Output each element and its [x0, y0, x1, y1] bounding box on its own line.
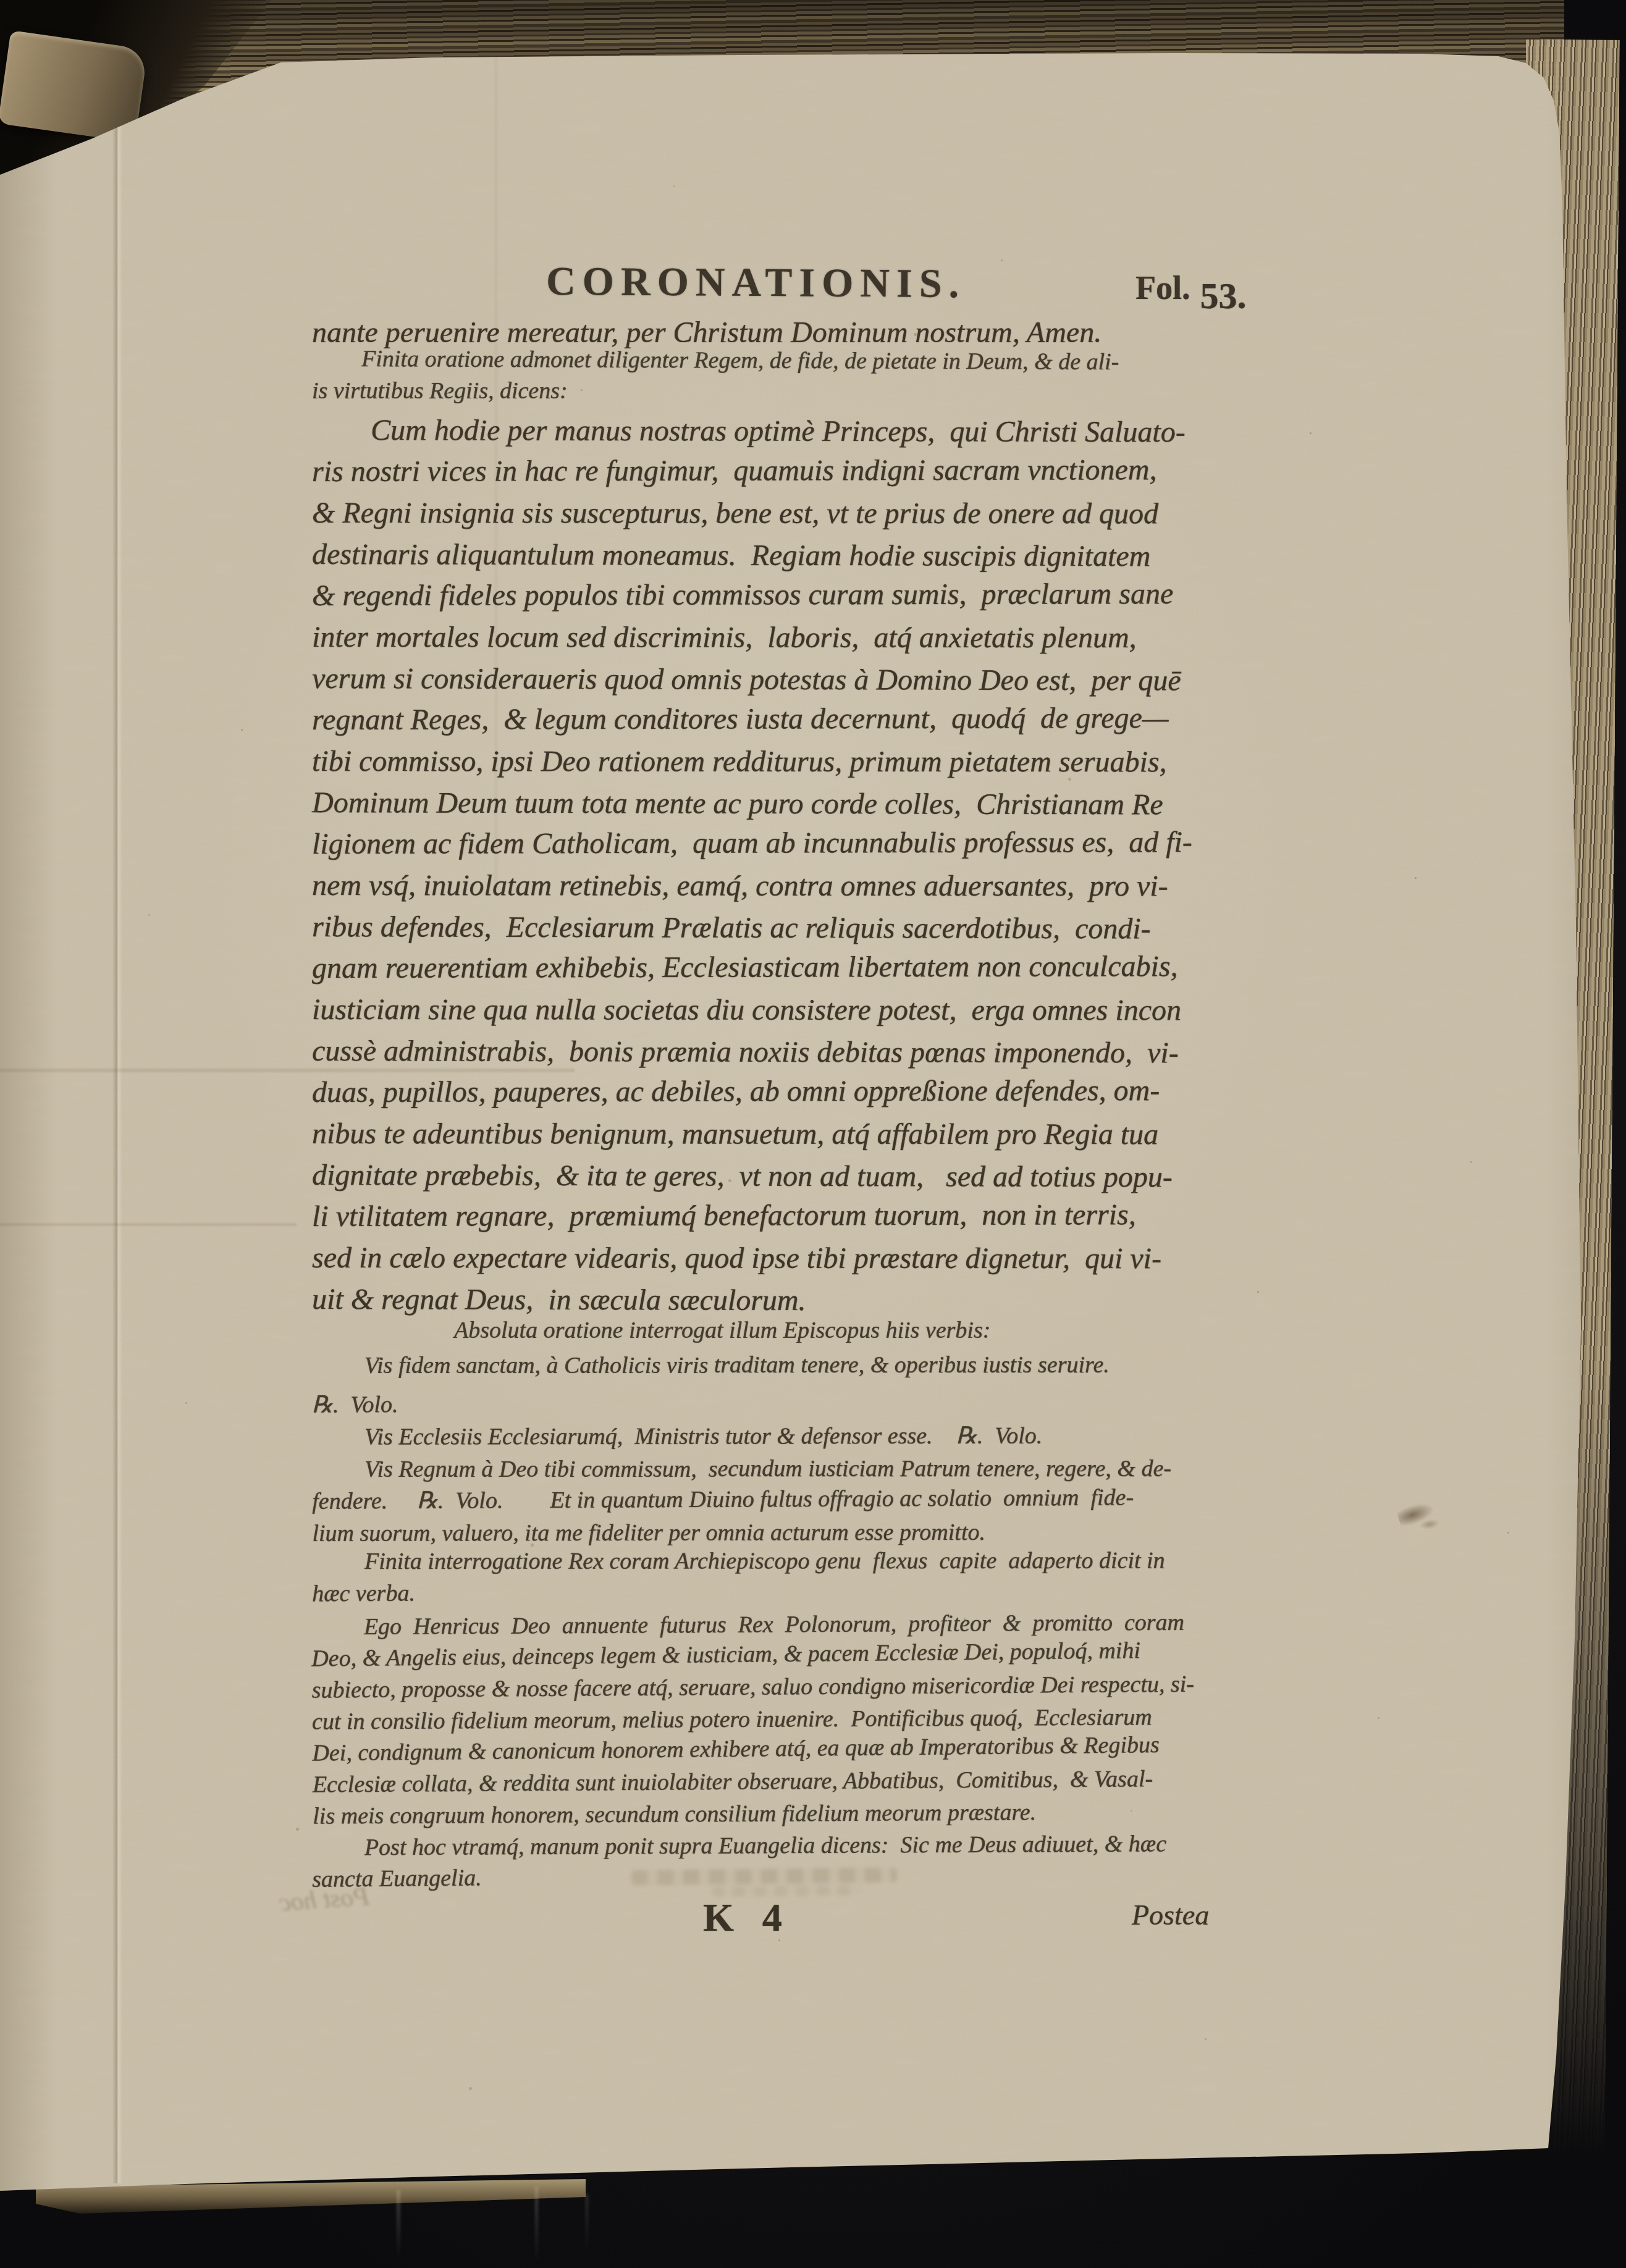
text-line: & regendi fideles populos tibi commissos… [312, 573, 1192, 616]
admonition-paragraph: Cum hodie per manus nostras optimè Princ… [312, 409, 1192, 1320]
page-crease-vertical [112, 59, 122, 2183]
text-line: ris nostri vices in hac re fungimur, qua… [312, 449, 1192, 492]
text-line: & Regni insignia sis suscepturus, bene e… [312, 492, 1192, 534]
text-line: Finita interrogatione Rex coram Archiepi… [364, 1545, 1165, 1577]
text-line: iusticiam sine qua nulla societas diu co… [312, 989, 1192, 1031]
background-streak [397, 2190, 400, 2259]
page-crease-horizontal [0, 1222, 297, 1227]
text-line: regnant Reges, & legum conditores iusta … [312, 697, 1192, 741]
rubric-post-hoc: Post hoc vtramq́, manum ponit supra Euan… [312, 1826, 1167, 1896]
text-line: Absoluta oratione interrogat illum Episc… [454, 1314, 990, 1346]
text-line: Finita oratione admonet diligenter Regem… [361, 343, 1119, 378]
text-line: subiecto, proposse & nosse facere atq́, … [311, 1669, 1194, 1707]
text-line: Cum hodie per manus nostras optimè Princ… [371, 409, 1192, 453]
text-line: fendere. ℞. Volo. Et in quantum Diuino f… [312, 1481, 1171, 1518]
show-through-text-smear [712, 1886, 860, 1897]
rubric-absoluta-oratione: Absoluta oratione interrogat illum Episc… [312, 1314, 990, 1346]
rubric-finita-interrogatione: Finita interrogatione Rex coram Archiepi… [312, 1543, 1165, 1610]
background-streak [535, 2186, 538, 2264]
signature-mark: K 4 [703, 1895, 782, 1941]
text-line: nibus te adeuntibus benignum, mansuetum,… [312, 1113, 1192, 1155]
scanned-book-photo: CORONATIONIS. Fol.53. nante peruenire me… [0, 0, 1626, 2268]
text-line: Ecclesiæ collata, & reddita sunt inuiola… [313, 1763, 1195, 1801]
text-line: cussè administrabis, bonis præmia noxiis… [312, 1030, 1192, 1073]
text-line: ℞. Volo. [312, 1385, 1171, 1421]
text-line: li vtilitatem regnare, præmiumq́ benefac… [312, 1194, 1192, 1237]
folio-number: Fol.53. [1135, 266, 1247, 308]
text-line: sed in cælo expectare videaris, quod ips… [312, 1237, 1192, 1279]
text-line: Vis fidem sanctam, à Catholicis viris tr… [364, 1349, 1171, 1381]
text-line: Dominum Deum tuum tota mente ac puro cor… [312, 782, 1192, 825]
text-line: Vis Regnum à Deo tibi commissum, secundu… [364, 1453, 1171, 1485]
interrogation-dialogue: Vis fidem sanctam, à Catholicis viris tr… [312, 1347, 1172, 1550]
background-streak [586, 2194, 588, 2253]
text-line: ribus defendes, Ecclesiarum Prælatis ac … [312, 906, 1192, 949]
catchword: Postea [1132, 1899, 1209, 1931]
running-title: CORONATIONIS. [546, 258, 966, 308]
folio-label: Fol. [1135, 269, 1190, 306]
text-line: duas, pupillos, pauperes, ac debiles, ab… [312, 1070, 1192, 1113]
text-line: is virtutibus Regiis, dicens: [312, 374, 1119, 406]
text-line: destinaris aliquantulum moneamus. Regiam… [312, 534, 1192, 577]
show-through-text-smear [631, 1868, 897, 1886]
text-line: dignitate præbebis, & ita te geres, vt n… [312, 1154, 1192, 1198]
show-through-catchword: Post hoc [279, 1882, 371, 1918]
text-line: verum si consideraueris quod omnis potes… [312, 658, 1192, 701]
text-line: tibi commisso, ipsi Deo rationem redditu… [312, 741, 1192, 783]
oath-paragraph: Ego Henricus Deo annuente futurus Rex Po… [311, 1605, 1195, 1832]
book-page: CORONATIONIS. Fol.53. nante peruenire me… [0, 0, 1626, 2268]
text-line: Vis Ecclesiis Ecclesiarumq́, Ministris t… [364, 1419, 1171, 1453]
text-line: inter mortales locum sed discriminis, la… [312, 616, 1192, 658]
text-line: ligionem ac fidem Catholicam, quam ab in… [312, 821, 1192, 865]
text-line: hæc verba. [312, 1573, 1165, 1610]
folio-digits: 53. [1200, 275, 1247, 317]
rubric-finita-oratione: Finita oratione admonet diligenter Regem… [312, 343, 1119, 408]
text-line: nem vsq́, inuiolatam retinebis, eamq́, c… [312, 865, 1192, 907]
text-line: gnam reuerentiam exhibebis, Ecclesiastic… [312, 946, 1192, 989]
